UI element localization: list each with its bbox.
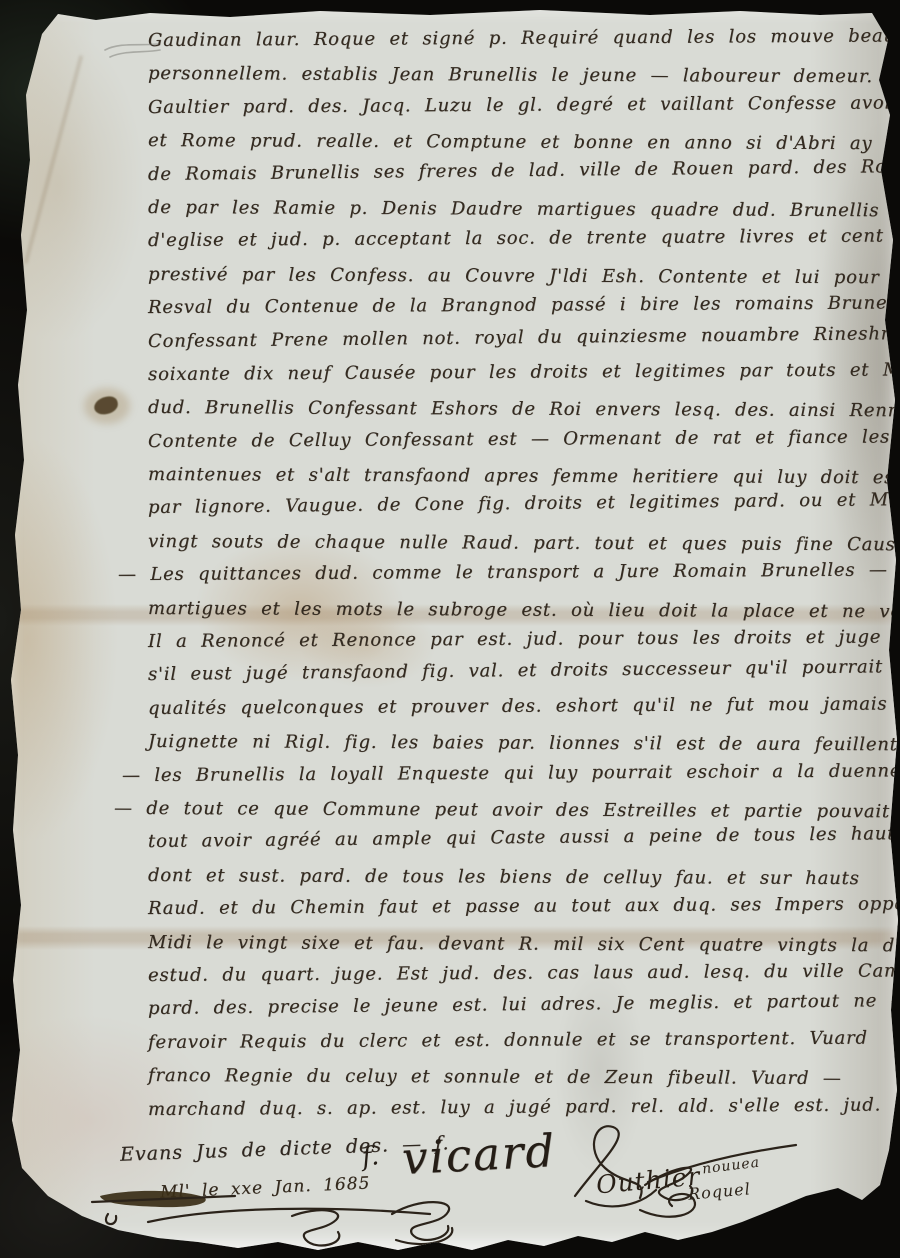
- dateline: Ml' le xxe Jan. 1685: [160, 1173, 371, 1202]
- signature-annotation-bottom: Roquel: [687, 1179, 751, 1203]
- manuscript-line: d'eglise et jud. p. acceptant la soc. de…: [148, 220, 876, 258]
- signature-vicard: vicard: [401, 1124, 558, 1185]
- manuscript-line: par lignore. Vaugue. de Cone fig. droits…: [148, 484, 876, 525]
- manuscript-line: pard. des. precise le jeune est. lui adr…: [148, 985, 876, 1026]
- manuscript-line: soixante dix neuf Causée pour les droits…: [148, 353, 876, 391]
- manuscript-line: Raud. et du Chemin faut et passe au tout…: [148, 888, 876, 926]
- manuscript-line: s'il eust jugé transfaond fig. val. et d…: [148, 651, 876, 692]
- manuscript-line: — Les quittances dud. comme le transport…: [148, 554, 876, 592]
- manuscript-line: tout avoir agréé au ample qui Caste auss…: [148, 818, 876, 859]
- bottom-left-small-loop: [106, 1214, 116, 1224]
- manuscript-line: marchand duq. s. ap. est. luy a jugé par…: [148, 1088, 876, 1126]
- fold-crease-diagonal: [24, 55, 83, 263]
- date-underline-swash: [148, 1209, 430, 1222]
- manuscript-text-block: Gaudinan laur. Roque et signé p. Requiré…: [148, 24, 876, 1126]
- signature-initial-mark: f.: [360, 1141, 380, 1173]
- manuscript-line: Contente de Celluy Confessant est — Orme…: [148, 420, 876, 458]
- signature-annotation-top: nouuea: [701, 1155, 761, 1178]
- manuscript-page: Gaudinan laur. Roque et signé p. Requiré…: [0, 0, 900, 1258]
- manuscript-line: feravoir Requis du clerc et est. donnule…: [148, 1021, 876, 1059]
- date-paraph-knot: [292, 1210, 339, 1245]
- manuscript-line: — les Brunellis la loyall Enqueste qui l…: [148, 754, 876, 792]
- manuscript-line: Gaudinan laur. Roque et signé p. Requiré…: [148, 20, 876, 58]
- center-paraph-flourish: [392, 1202, 452, 1244]
- photo-backdrop: Gaudinan laur. Roque et signé p. Requiré…: [0, 0, 900, 1258]
- manuscript-line: de Romais Brunellis ses freres de lad. v…: [148, 150, 876, 191]
- signature-outhier: Outhier: [595, 1162, 702, 1200]
- manuscript-line: qualités quelconques et prouver des. esh…: [148, 687, 876, 725]
- manuscript-line: Confessant Prene mollen not. royal du qu…: [148, 317, 876, 358]
- manuscript-line: Gaultier pard. des. Jacq. Luzu le gl. de…: [148, 86, 876, 124]
